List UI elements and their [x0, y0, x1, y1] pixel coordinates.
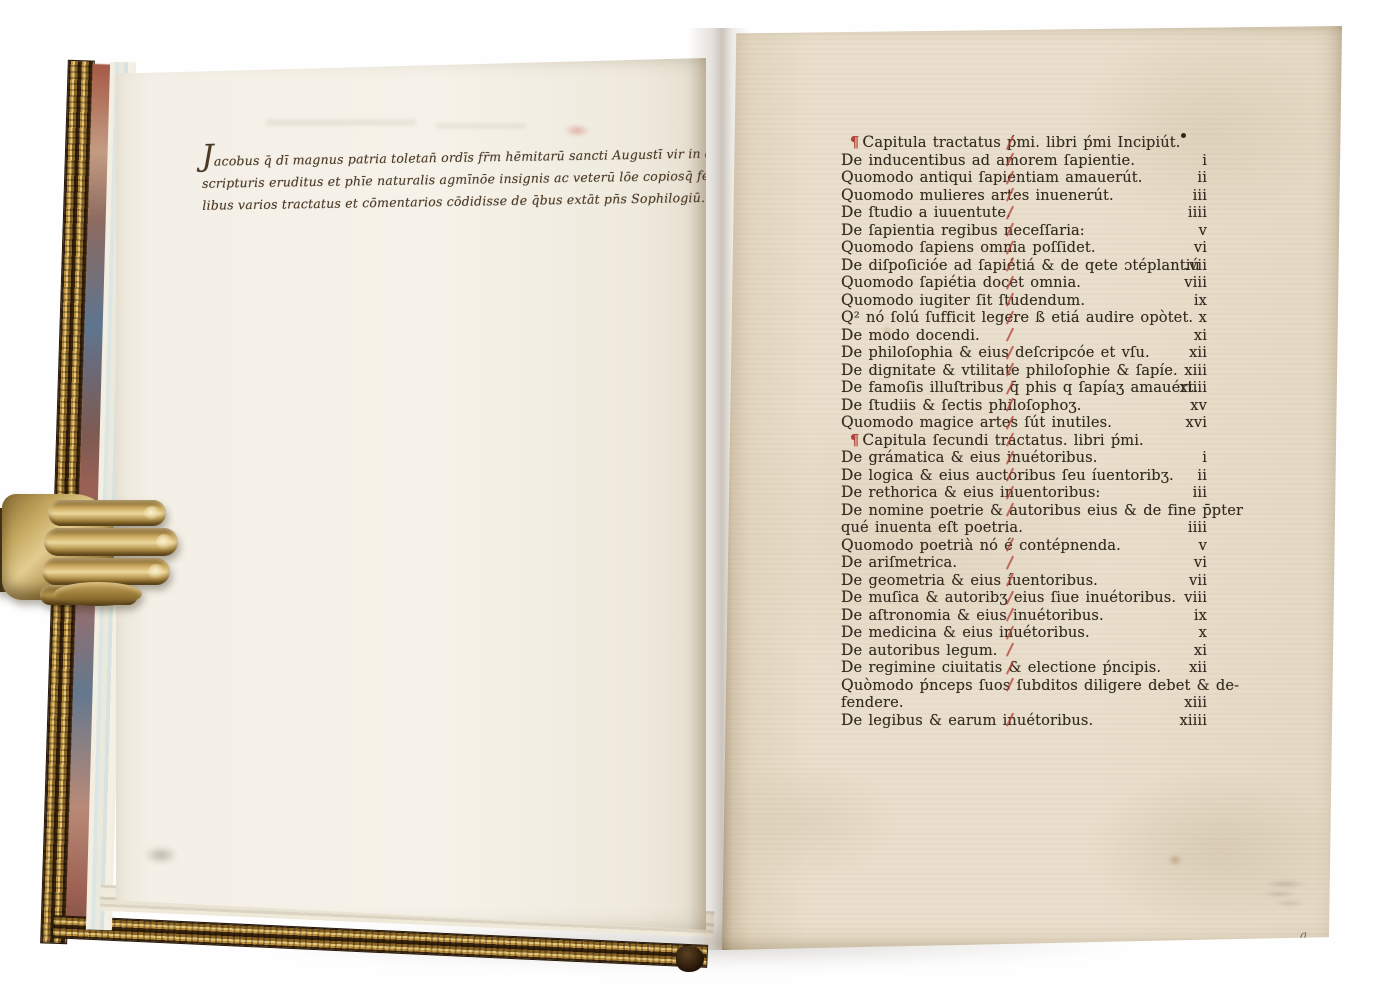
spine-corner [676, 946, 704, 972]
show-through-mark [436, 124, 526, 128]
row-numeral: v [1199, 222, 1207, 240]
row-initial: D [841, 659, 854, 677]
row-numeral: .vii [1184, 257, 1207, 275]
toc-row: De regimine ciuitatis & electione ṕncip… [841, 659, 1207, 677]
row-numeral: xii [1189, 659, 1207, 677]
pilcrow-icon: ¶ [850, 432, 859, 449]
toc-row: De inducentibus ad amorem ſapientie.i [841, 152, 1207, 170]
row-initial: Q [841, 239, 854, 257]
manuscript-inscription: Jacobus q̄ dī magnus patria toletan̄ or… [201, 138, 688, 224]
toc-row: De muſica & autoribʒ eius ſiue inuétorib… [841, 589, 1207, 607]
row-text: e inducentibus ad amorem ſapientie. [854, 152, 1136, 169]
row-numeral: vi [1194, 239, 1207, 257]
toc-row: De ſtudiis & ſectis philoſophoʒ.xv [841, 397, 1207, 415]
row-initial: D [841, 379, 854, 397]
row-initial: C [862, 134, 874, 152]
clasp-finger [42, 558, 170, 585]
row-text: uomodo poetrià nó é contépnenda. [854, 537, 1121, 554]
toc-row: qué inuenta eſt poetria.iiii [841, 519, 1207, 537]
row-text: e muſica & autoribʒ eius ſiue inuétoribu… [854, 589, 1177, 606]
toc-row: De nomine poetrie & autoribus eius & de … [841, 502, 1207, 520]
toc-row: De autoribus legum.xi [841, 642, 1207, 660]
toc-row: Quòmodo ṕnceps ſuos ſubditos diligere d… [841, 677, 1207, 695]
left-page: Jacobus q̄ dī magnus patria toletan̄ or… [116, 58, 706, 930]
row-initial: Q [841, 537, 854, 555]
row-text: e ariſmetrica. [854, 554, 958, 571]
toc-row: Quomodo ſapiens omnia poſſidet.vi [841, 239, 1207, 257]
row-initial: D [841, 327, 854, 345]
row-numeral: xiiii [1179, 379, 1207, 397]
row-numeral: xiii [1184, 362, 1207, 380]
row-text: e modo docendi. [854, 327, 980, 344]
row-text: uomodo ſapiens omnia poſſidet. [854, 239, 1096, 256]
row-initial: D [841, 642, 854, 660]
row-text: e diſpoſicióe ad ſapiétiá & de qete ɔtép… [854, 257, 1201, 274]
toc-rows: ¶Capitula tractatus ṕmi. libri ṕmi Inc… [841, 134, 1207, 729]
row-text: ² nó ſolú ſufficit legere ß etiá audire … [854, 309, 1193, 326]
toc-heading: ¶Capitula ſecundi tractatus. libri ṕmi. [841, 432, 1207, 450]
row-numeral: iii [1193, 484, 1207, 502]
row-numeral: i [1202, 152, 1207, 170]
toc-row: De rethorica & eius inuentoribus:iii [841, 484, 1207, 502]
foxing-spot [1168, 854, 1182, 866]
row-text: uòmodo ṕnceps ſuos ſubditos diligere de… [854, 677, 1239, 694]
row-numeral: iii [1193, 187, 1207, 205]
toc-row: Quomodo iugiter ſit ſtudendum.ix [841, 292, 1207, 310]
row-initial: D [841, 484, 854, 502]
row-text: e medicina & eius inuétoribus. [854, 624, 1090, 641]
corner-ink-line [1332, 916, 1334, 948]
row-numeral: iiii [1188, 519, 1207, 537]
row-initial: Q [841, 274, 854, 292]
row-text: uomodo antiqui ſapientiam amauerút. [854, 169, 1143, 186]
toc-row: Quomodo antiqui ſapientiam amauerút.ii [841, 169, 1207, 187]
toc-row: Quomodo magice artes ſút inutiles.xvi [841, 414, 1207, 432]
row-text: e geometria & eius íuentoribus. [854, 572, 1098, 589]
row-numeral: xiiii [1179, 712, 1207, 730]
toc-row: Q² nó ſolú ſufficit legere ß etiá audire… [841, 309, 1207, 327]
toc-row: De geometria & eius íuentoribus.vii [841, 572, 1207, 590]
row-text: uomodo magice artes ſút inutiles. [854, 414, 1112, 431]
row-text: uomodo mulieres artes inuenerút. [854, 187, 1114, 204]
toc-row: De ſapientia regibus neceſſaria:v [841, 222, 1207, 240]
row-text: e autoribus legum. [854, 642, 998, 659]
toc-row: De philoſophia & eius deſcripcóe et vſu.… [841, 344, 1207, 362]
row-initial: D [841, 589, 854, 607]
row-initial: D [841, 257, 854, 275]
row-text: e ſapientia regibus neceſſaria: [854, 222, 1085, 239]
row-numeral: vi [1194, 554, 1207, 572]
show-through-mark [266, 120, 416, 125]
toc-row: Quomodo poetrià nó é contépnenda.v [841, 537, 1207, 555]
row-numeral: ii [1197, 467, 1207, 485]
row-numeral: viii [1184, 589, 1207, 607]
row-text: e legibus & earum inuétoribus. [854, 712, 1094, 729]
row-text: apitula tractatus ṕmi. libri ṕmi Incip… [874, 134, 1180, 151]
pilcrow-icon: ¶ [850, 134, 859, 151]
row-initial: Q [841, 292, 854, 310]
toc-row: De grámatica & eius inuétoribus.i [841, 449, 1207, 467]
row-numeral: xi [1194, 327, 1207, 345]
clasp-finger [44, 528, 178, 556]
row-initial: D [841, 624, 854, 642]
row-text: e aſtronomia & eius inuétoribus. [854, 607, 1104, 624]
toc-row: De medicina & eius inuétoribus.x [841, 624, 1207, 642]
toc-heading: ¶Capitula tractatus ṕmi. libri ṕmi Inc… [841, 134, 1207, 152]
row-numeral: i [1202, 449, 1207, 467]
row-initial: Q [841, 414, 854, 432]
row-text: fendere. [841, 694, 904, 711]
row-initial: D [841, 572, 854, 590]
hand-clasp [0, 486, 178, 610]
toc-row: De legibus & earum inuétoribus.xiiii [841, 712, 1207, 730]
toc-row: Quomodo mulieres artes inuenerút.iii [841, 187, 1207, 205]
row-text: e grámatica & eius inuétoribus. [854, 449, 1098, 466]
row-text: e rethorica & eius inuentoribus: [854, 484, 1101, 501]
row-numeral: v [1199, 537, 1207, 555]
row-text: e ſtudiis & ſectis philoſophoʒ. [854, 397, 1082, 414]
row-initial: D [841, 397, 854, 415]
row-initial: D [841, 712, 854, 730]
pencil-smudge [1250, 872, 1320, 912]
row-numeral: x [1199, 309, 1207, 327]
row-initial: D [841, 449, 854, 467]
red-ink-smudge [564, 124, 590, 137]
row-numeral: xiii [1184, 694, 1207, 712]
row-text: uomodo ſapiétia docet omnia. [854, 274, 1081, 291]
row-numeral: ii [1197, 169, 1207, 187]
row-initial: D [841, 152, 854, 170]
toc-row: De ſtudio a iuuentute.iiii [841, 204, 1207, 222]
row-numeral: ix [1194, 292, 1207, 310]
toc-row: De dignitate & vtilitate philoſophie & ſ… [841, 362, 1207, 380]
row-initial: D [841, 502, 854, 520]
row-text: qué inuenta eſt poetria. [841, 519, 1023, 536]
toc-row: De diſpoſicióe ad ſapiétiá & de qete ɔté… [841, 257, 1207, 275]
row-numeral: xvi [1185, 414, 1207, 432]
row-numeral: viii [1184, 274, 1207, 292]
row-initial: D [841, 344, 854, 362]
row-text: uomodo iugiter ſit ſtudendum. [854, 292, 1085, 309]
right-page: ¶Capitula tractatus ṕmi. libri ṕmi Inc… [722, 26, 1342, 950]
row-initial: D [841, 204, 854, 222]
toc-row: fendere.xiii [841, 694, 1207, 712]
row-text: e dignitate & vtilitate philoſophie & ſa… [854, 362, 1178, 379]
row-initial: C [862, 432, 874, 450]
row-text: e famoſis illuſtribus q̄ phis q ſapíaʒ a… [854, 379, 1199, 396]
row-numeral: ix [1194, 607, 1207, 625]
toc-row: De logica & eius auctoribus ſeu íuentori… [841, 467, 1207, 485]
row-initial: Q [841, 187, 854, 205]
row-numeral: x [1199, 624, 1207, 642]
row-text: e philoſophia & eius deſcripcóe et vſu. [854, 344, 1150, 361]
row-initial: D [841, 362, 854, 380]
toc-row: De aſtronomia & eius inuétoribus.ix [841, 607, 1207, 625]
row-initial: D [841, 554, 854, 572]
book-photograph: Jacobus q̄ dī magnus patria toletan̄ or… [0, 0, 1398, 1000]
row-text: e ſtudio a iuuentute. [854, 204, 1011, 221]
row-text: e nomine poetrie & autoribus eius & de f… [854, 502, 1244, 519]
row-numeral: iiii [1188, 204, 1207, 222]
toc-row: De famoſis illuſtribus q̄ phis q ſapíaʒ … [841, 379, 1207, 397]
table-of-contents: ¶Capitula tractatus ṕmi. libri ṕmi Inc… [841, 134, 1207, 729]
clasp-finger [48, 500, 166, 526]
row-numeral: xv [1190, 397, 1207, 415]
row-initial: D [841, 222, 854, 240]
toc-row: De modo docendi.xi [841, 327, 1207, 345]
row-initial: D [841, 607, 854, 625]
row-text: e logica & eius auctoribus ſeu íuentorib… [854, 467, 1174, 484]
row-initial: Q [841, 169, 854, 187]
row-initial: Q [841, 677, 854, 695]
toc-row: Quomodo ſapiétia docet omnia.viii [841, 274, 1207, 292]
clasp-thumb [54, 582, 142, 606]
toc-row: De ariſmetrica.vi [841, 554, 1207, 572]
gray-smudge [144, 846, 178, 864]
row-initial: D [841, 467, 854, 485]
row-numeral: xi [1194, 642, 1207, 660]
row-numeral: vii [1189, 572, 1207, 590]
row-numeral: xii [1189, 344, 1207, 362]
row-initial: Q [841, 309, 854, 327]
